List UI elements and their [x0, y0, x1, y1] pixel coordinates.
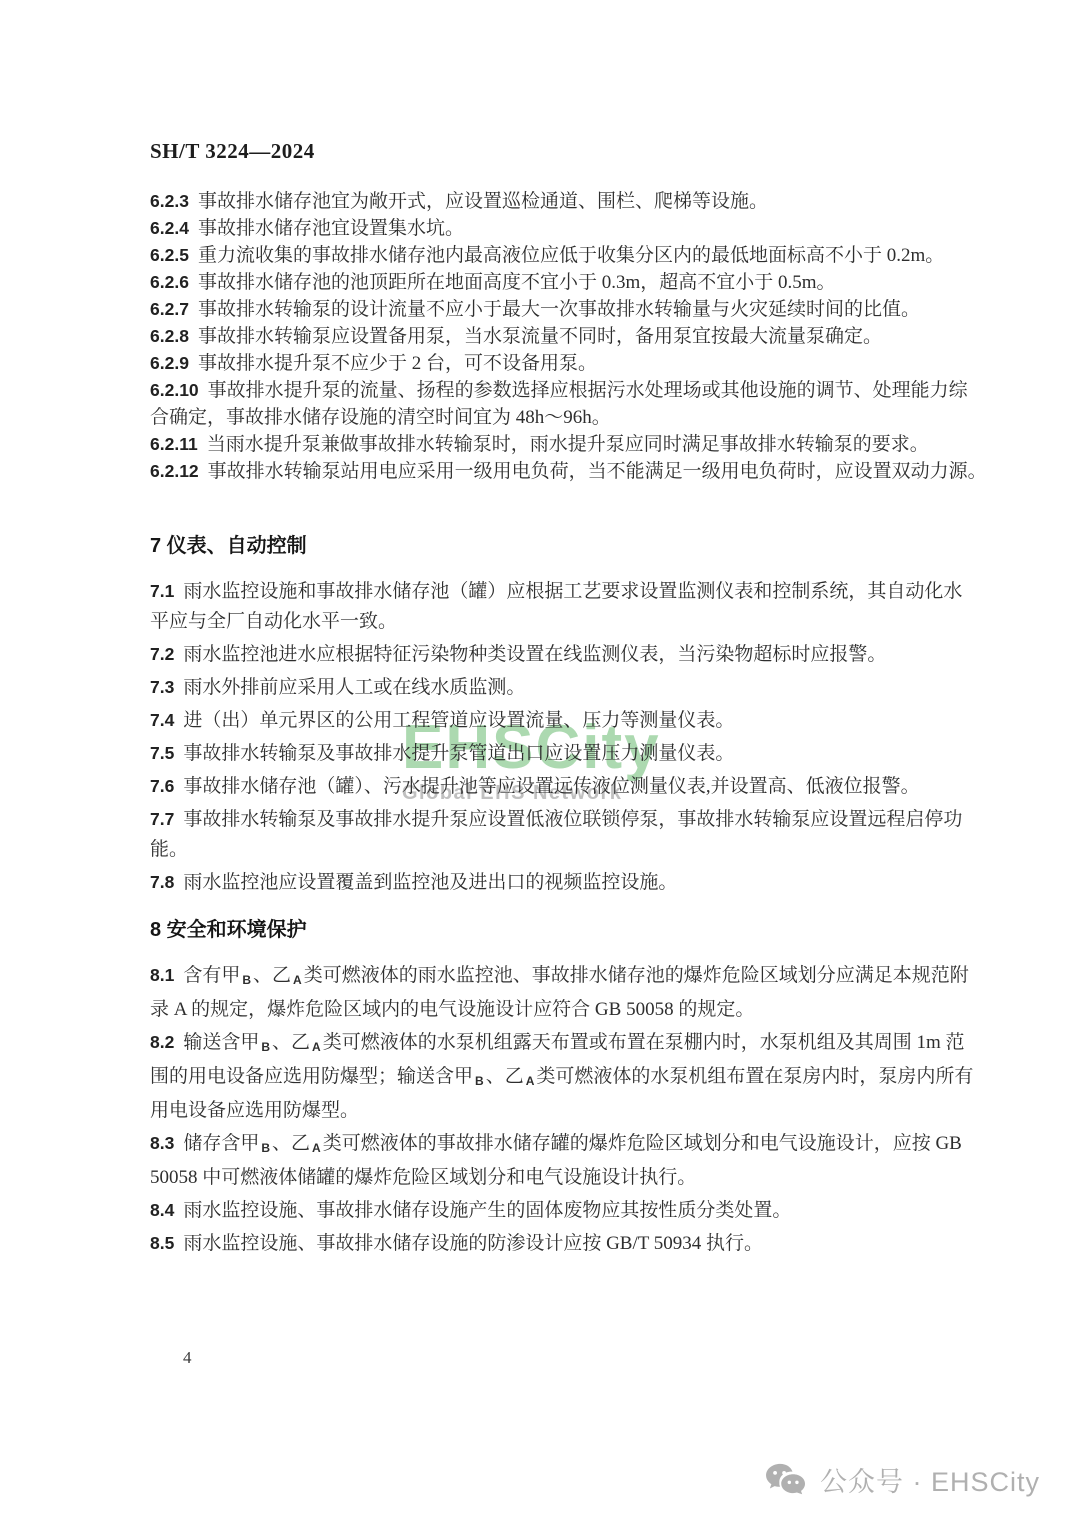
clause-6-2-3: 6.2.3事故排水储存池宜为敞开式，应设置巡检通道、围栏、爬梯等设施。 [150, 188, 1080, 215]
clause-7-3: 7.3雨水外排前应采用人工或在线水质监测。 [150, 672, 1080, 703]
section-7-heading: 7 仪表、自动控制 [150, 533, 1080, 559]
clause-6-2-5: 6.2.5重力流收集的事故排水储存池内最高液位应低于收集分区内的最低地面标高不小… [150, 242, 1080, 269]
wechat-footer: 公众号 · EHSCity [763, 1460, 1040, 1499]
page-number: 4 [183, 1348, 192, 1368]
clause-8-2: 8.2输送含甲B、乙A类可燃液体的水泵机组露天布置或布置在泵棚内时，水泵机组及其… [150, 1027, 1080, 1126]
clause-number: 8.2 [150, 1032, 174, 1052]
clause-number: 7.2 [150, 644, 174, 664]
section-7-clauses: 7.1雨水监控设施和事故排水储存池（罐）应根据工艺要求设置监测仪表和控制系统，其… [150, 576, 1080, 898]
subscript-b: B [261, 1040, 270, 1054]
clause-number: 8.4 [150, 1200, 174, 1220]
clause-7-4: 7.4进（出）单元界区的公用工程管道应设置流量、压力等测量仪表。 [150, 705, 1080, 736]
scanned-document: { "doc": { "header": "SH/T 3224—2024", "… [0, 0, 1080, 1527]
document-body: SH/T 3224—2024 6.2.3事故排水储存池宜为敞开式，应设置巡检通道… [150, 0, 1080, 1259]
clause-number: 7.1 [150, 581, 174, 601]
clause-7-6: 7.6事故排水储存池（罐）、污水提升池等应设置远传液位测量仪表,并设置高、低液位… [150, 771, 1080, 802]
section-6-2-clauses: 6.2.3事故排水储存池宜为敞开式，应设置巡检通道、围栏、爬梯等设施。 6.2.… [150, 188, 1080, 485]
section-8-clauses: 8.1含有甲B、乙A类可燃液体的雨水监控池、事故排水储存池的爆炸危险区域划分应满… [150, 960, 1080, 1259]
standard-number: SH/T 3224—2024 [150, 139, 1080, 163]
clause-7-1: 7.1雨水监控设施和事故排水储存池（罐）应根据工艺要求设置监测仪表和控制系统，其… [150, 576, 1080, 637]
clause-number: 7.7 [150, 809, 174, 829]
clause-6-2-8: 6.2.8事故排水转输泵应设置备用泵，当水泵流量不同时，备用泵宜按最大流量泵确定… [150, 323, 1080, 350]
clause-6-2-10: 6.2.10事故排水提升泵的流量、扬程的参数选择应根据污水处理场或其他设施的调节… [150, 377, 1080, 431]
clause-8-1: 8.1含有甲B、乙A类可燃液体的雨水监控池、事故排水储存池的爆炸危险区域划分应满… [150, 960, 1080, 1025]
clause-number: 7.5 [150, 743, 174, 763]
clause-number: 6.2.7 [150, 299, 189, 319]
subscript-a: A [312, 1040, 321, 1054]
subscript-a: A [293, 973, 302, 987]
subscript-b: B [475, 1074, 484, 1088]
clause-6-2-4: 6.2.4事故排水储存池宜设置集水坑。 [150, 215, 1080, 242]
subscript-b: B [242, 973, 251, 987]
clause-6-2-12: 6.2.12事故排水转输泵站用电应采用一级用电负荷，当不能满足一级用电负荷时，应… [150, 458, 1080, 485]
subscript-a: A [312, 1141, 321, 1155]
clause-7-7: 7.7事故排水转输泵及事故排水提升泵应设置低液位联锁停泵，事故排水转输泵应设置远… [150, 804, 1080, 865]
subscript-b: B [261, 1141, 270, 1155]
clause-6-2-6: 6.2.6事故排水储存池的池顶距所在地面高度不宜小于 0.3m，超高不宜小于 0… [150, 269, 1080, 296]
clause-number: 6.2.5 [150, 245, 189, 265]
clause-number: 7.3 [150, 677, 174, 697]
clause-7-2: 7.2雨水监控池进水应根据特征污染物种类设置在线监测仪表，当污染物超标时应报警。 [150, 639, 1080, 670]
clause-number: 8.5 [150, 1233, 174, 1253]
clause-number: 8.3 [150, 1133, 174, 1153]
clause-number: 6.2.10 [150, 380, 199, 400]
wechat-icon [763, 1461, 809, 1499]
clause-7-8: 7.8雨水监控池应设置覆盖到监控池及进出口的视频监控设施。 [150, 867, 1080, 898]
wechat-account-label: 公众号 · EHSCity [820, 1460, 1040, 1499]
section-8-heading: 8 安全和环境保护 [150, 917, 1080, 943]
clause-8-5: 8.5雨水监控设施、事故排水储存设施的防渗设计应按 GB/T 50934 执行。 [150, 1228, 1080, 1259]
clause-number: 8.1 [150, 965, 174, 985]
clause-6-2-11: 6.2.11当雨水提升泵兼做事故排水转输泵时，雨水提升泵应同时满足事故排水转输泵… [150, 431, 1080, 458]
clause-number: 6.2.3 [150, 191, 189, 211]
clause-number: 6.2.12 [150, 461, 199, 481]
clause-6-2-7: 6.2.7事故排水转输泵的设计流量不应小于最大一次事故排水转输量与火灾延续时间的… [150, 296, 1080, 323]
clause-number: 7.8 [150, 872, 174, 892]
clause-8-4: 8.4雨水监控设施、事故排水储存设施产生的固体废物应其按性质分类处置。 [150, 1195, 1080, 1226]
subscript-a: A [526, 1074, 535, 1088]
clause-8-3: 8.3储存含甲B、乙A类可燃液体的事故排水储存罐的爆炸危险区域划分和电气设施设计… [150, 1128, 1080, 1193]
clause-number: 7.6 [150, 776, 174, 796]
clause-number: 6.2.11 [150, 434, 198, 454]
clause-7-5: 7.5事故排水转输泵及事故排水提升泵管道出口应设置压力测量仪表。 [150, 738, 1080, 769]
clause-number: 6.2.6 [150, 272, 189, 292]
clause-number: 6.2.8 [150, 326, 189, 346]
clause-number: 6.2.9 [150, 353, 189, 373]
clause-number: 7.4 [150, 710, 174, 730]
clause-6-2-9: 6.2.9事故排水提升泵不应少于 2 台，可不设备用泵。 [150, 350, 1080, 377]
clause-number: 6.2.4 [150, 218, 189, 238]
